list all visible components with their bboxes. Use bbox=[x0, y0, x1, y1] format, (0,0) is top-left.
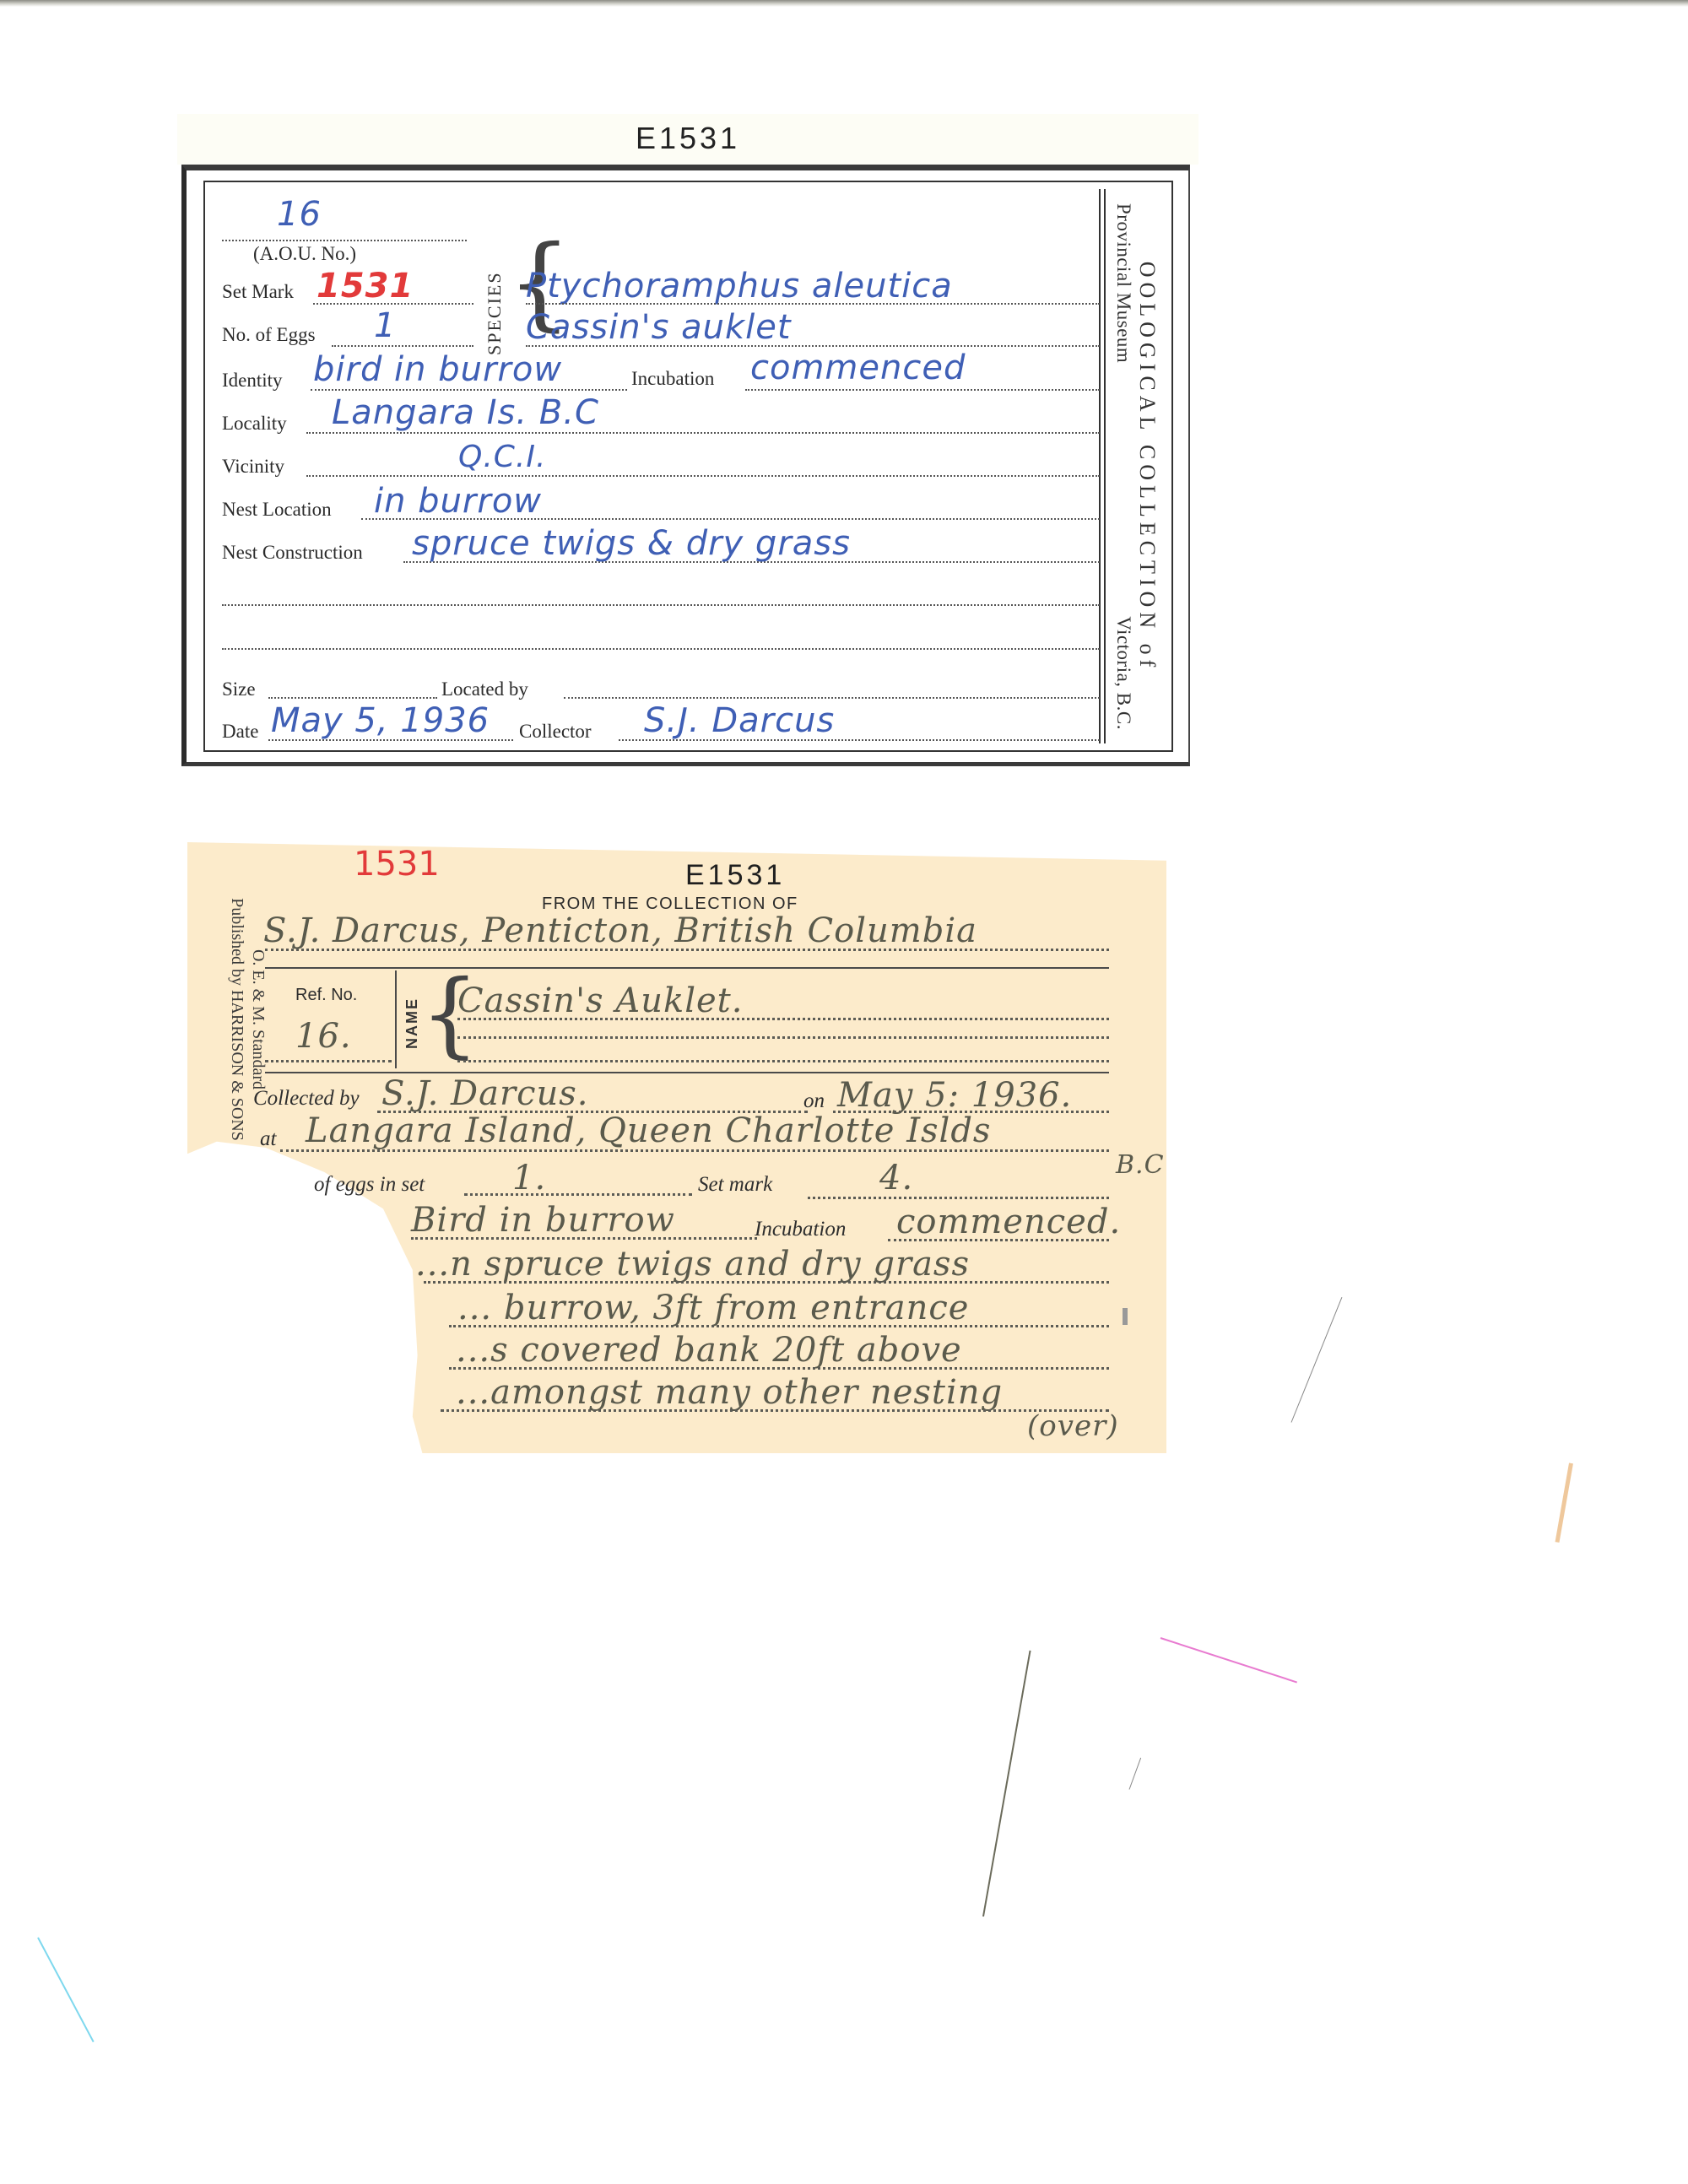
identity-label: Identity bbox=[222, 370, 283, 392]
card-inner-frame: OOLOGICAL COLLECTION of Provincial Museu… bbox=[203, 181, 1173, 752]
incubation-value: commenced. bbox=[896, 1205, 1121, 1239]
species-line-2 bbox=[526, 345, 1100, 347]
eggs-in-set-line bbox=[464, 1193, 692, 1196]
rule-top bbox=[265, 967, 1109, 969]
collector-data-card: O. E. & M. Standard Published by HARRISO… bbox=[187, 842, 1166, 1453]
date-value: May 5, 1936 bbox=[271, 704, 490, 738]
ref-no-line bbox=[265, 1060, 392, 1062]
species-scientific: Ptychoramphus aleutica bbox=[526, 269, 953, 303]
over-note: (over) bbox=[1027, 1412, 1119, 1441]
note-line-2: ... burrow, 3ft from entrance bbox=[457, 1291, 969, 1325]
nest-construction-value: spruce twigs & dry grass bbox=[412, 527, 851, 560]
incubation-value: commenced bbox=[750, 351, 966, 385]
vicinity-value: Q.C.I. bbox=[458, 442, 546, 473]
collection-line bbox=[265, 949, 1109, 951]
scan-scratch bbox=[37, 1938, 94, 2043]
institution-text: OOLOGICAL COLLECTION of Provincial Museu… bbox=[1112, 197, 1160, 737]
institution-name: Provincial Museum bbox=[1112, 203, 1134, 363]
no-of-eggs-label: No. of Eggs bbox=[222, 324, 316, 346]
note-line-4: ...amongst many other nesting bbox=[456, 1376, 1003, 1409]
incubation-label: Incubation bbox=[631, 368, 714, 390]
identity-line bbox=[311, 389, 627, 391]
catalog-number: E1531 bbox=[177, 121, 1198, 156]
institution-side-panel: OOLOGICAL COLLECTION of Provincial Museu… bbox=[1099, 189, 1171, 743]
eggs-in-set-label: of eggs in set bbox=[314, 1173, 425, 1197]
aou-label: (A.O.U. No.) bbox=[253, 243, 356, 265]
ref-divider bbox=[395, 970, 397, 1068]
set-mark-line bbox=[808, 1197, 1109, 1199]
locality-label: Locality bbox=[222, 413, 287, 435]
size-label: Size bbox=[222, 678, 256, 700]
scan-edge bbox=[0, 0, 1688, 7]
scan-scratch bbox=[1291, 1297, 1343, 1423]
no-of-eggs-value: 1 bbox=[374, 309, 396, 343]
nest-location-label: Nest Location bbox=[222, 499, 332, 521]
museum-specimen-card: E1531 OOLOGICAL COLLECTION of Provincial… bbox=[177, 114, 1198, 772]
set-mark-label: Set mark bbox=[698, 1173, 772, 1197]
card-frame: OOLOGICAL COLLECTION of Provincial Museu… bbox=[181, 165, 1190, 766]
on-value: May 5: 1936. bbox=[837, 1078, 1072, 1112]
catalog-number: E1531 bbox=[685, 859, 785, 892]
scan-mark bbox=[1123, 1308, 1128, 1325]
on-label: on bbox=[803, 1089, 825, 1113]
size-line bbox=[268, 697, 437, 699]
name-value: Cassin's Auklet. bbox=[457, 984, 743, 1018]
identity-value: Bird in burrow bbox=[411, 1203, 675, 1237]
ref-no-value: 16. bbox=[295, 1019, 352, 1053]
collected-by-label: Collected by bbox=[253, 1087, 360, 1111]
incubation-line bbox=[888, 1239, 1109, 1241]
identity-line bbox=[411, 1237, 757, 1240]
publisher-name: Published by HARRISON & SONS bbox=[226, 855, 247, 1184]
species-line-1 bbox=[526, 303, 1100, 305]
blank-line-1 bbox=[222, 604, 1100, 606]
note-line-3: ...s covered bank 20ft above bbox=[456, 1333, 962, 1367]
note-rule-2 bbox=[449, 1325, 1109, 1327]
aou-line bbox=[222, 240, 467, 241]
eggs-in-set-value: 1. bbox=[512, 1161, 546, 1195]
date-label: Date bbox=[222, 721, 258, 743]
set-mark-value: 4. bbox=[879, 1161, 913, 1195]
note-line-1: ...n spruce twigs and dry grass bbox=[415, 1247, 970, 1281]
name-line-1 bbox=[457, 1018, 1109, 1020]
collection-title: OOLOGICAL COLLECTION of bbox=[1134, 197, 1160, 737]
nest-location-value: in burrow bbox=[374, 484, 542, 518]
incubation-line bbox=[745, 389, 1100, 391]
located-by-label: Located by bbox=[441, 678, 528, 700]
note-rule-1 bbox=[424, 1281, 1109, 1284]
name-line-3 bbox=[457, 1060, 1109, 1062]
vicinity-label: Vicinity bbox=[222, 456, 284, 478]
incubation-label: Incubation bbox=[755, 1218, 846, 1241]
located-by-line bbox=[564, 697, 1100, 699]
scan-scratch bbox=[982, 1651, 1031, 1916]
note-rule-4 bbox=[441, 1409, 1109, 1412]
aou-value: 16 bbox=[277, 197, 322, 231]
at-suffix: B.C bbox=[1116, 1153, 1165, 1178]
collection-owner: S.J. Darcus, Penticton, British Columbia bbox=[263, 914, 977, 948]
set-mark-label: Set Mark bbox=[222, 281, 294, 303]
locality-value: Langara Is. B.C bbox=[332, 396, 599, 430]
nest-construction-label: Nest Construction bbox=[222, 542, 363, 564]
collected-by-value: S.J. Darcus. bbox=[381, 1077, 589, 1111]
no-of-eggs-line bbox=[332, 345, 473, 347]
locality-line bbox=[306, 432, 1100, 434]
collector-value: S.J. Darcus bbox=[644, 704, 835, 738]
identity-value: bird in burrow bbox=[313, 353, 562, 387]
note-rule-3 bbox=[449, 1367, 1109, 1370]
collector-label: Collector bbox=[519, 721, 592, 743]
rule-mid bbox=[265, 1072, 1109, 1073]
at-label: at bbox=[260, 1127, 276, 1151]
scan-scratch bbox=[1160, 1637, 1297, 1683]
ref-no-label: Ref. No. bbox=[295, 986, 357, 1005]
red-set-mark: 1531 bbox=[354, 845, 440, 884]
at-value: Langara Island, Queen Charlotte Islds bbox=[306, 1114, 991, 1148]
at-line bbox=[280, 1149, 1109, 1152]
scan-scratch bbox=[1129, 1758, 1142, 1790]
species-common: Cassin's auklet bbox=[526, 311, 792, 344]
name-line-2 bbox=[457, 1036, 1109, 1039]
species-label: SPECIES bbox=[484, 271, 506, 355]
set-mark-value: 1531 bbox=[316, 269, 414, 303]
blank-line-2 bbox=[222, 648, 1100, 650]
vicinity-line bbox=[306, 475, 1100, 477]
scan-scratch bbox=[1555, 1463, 1573, 1543]
institution-location: Victoria, B.C. bbox=[1112, 616, 1134, 730]
name-label: NAME bbox=[403, 997, 421, 1049]
